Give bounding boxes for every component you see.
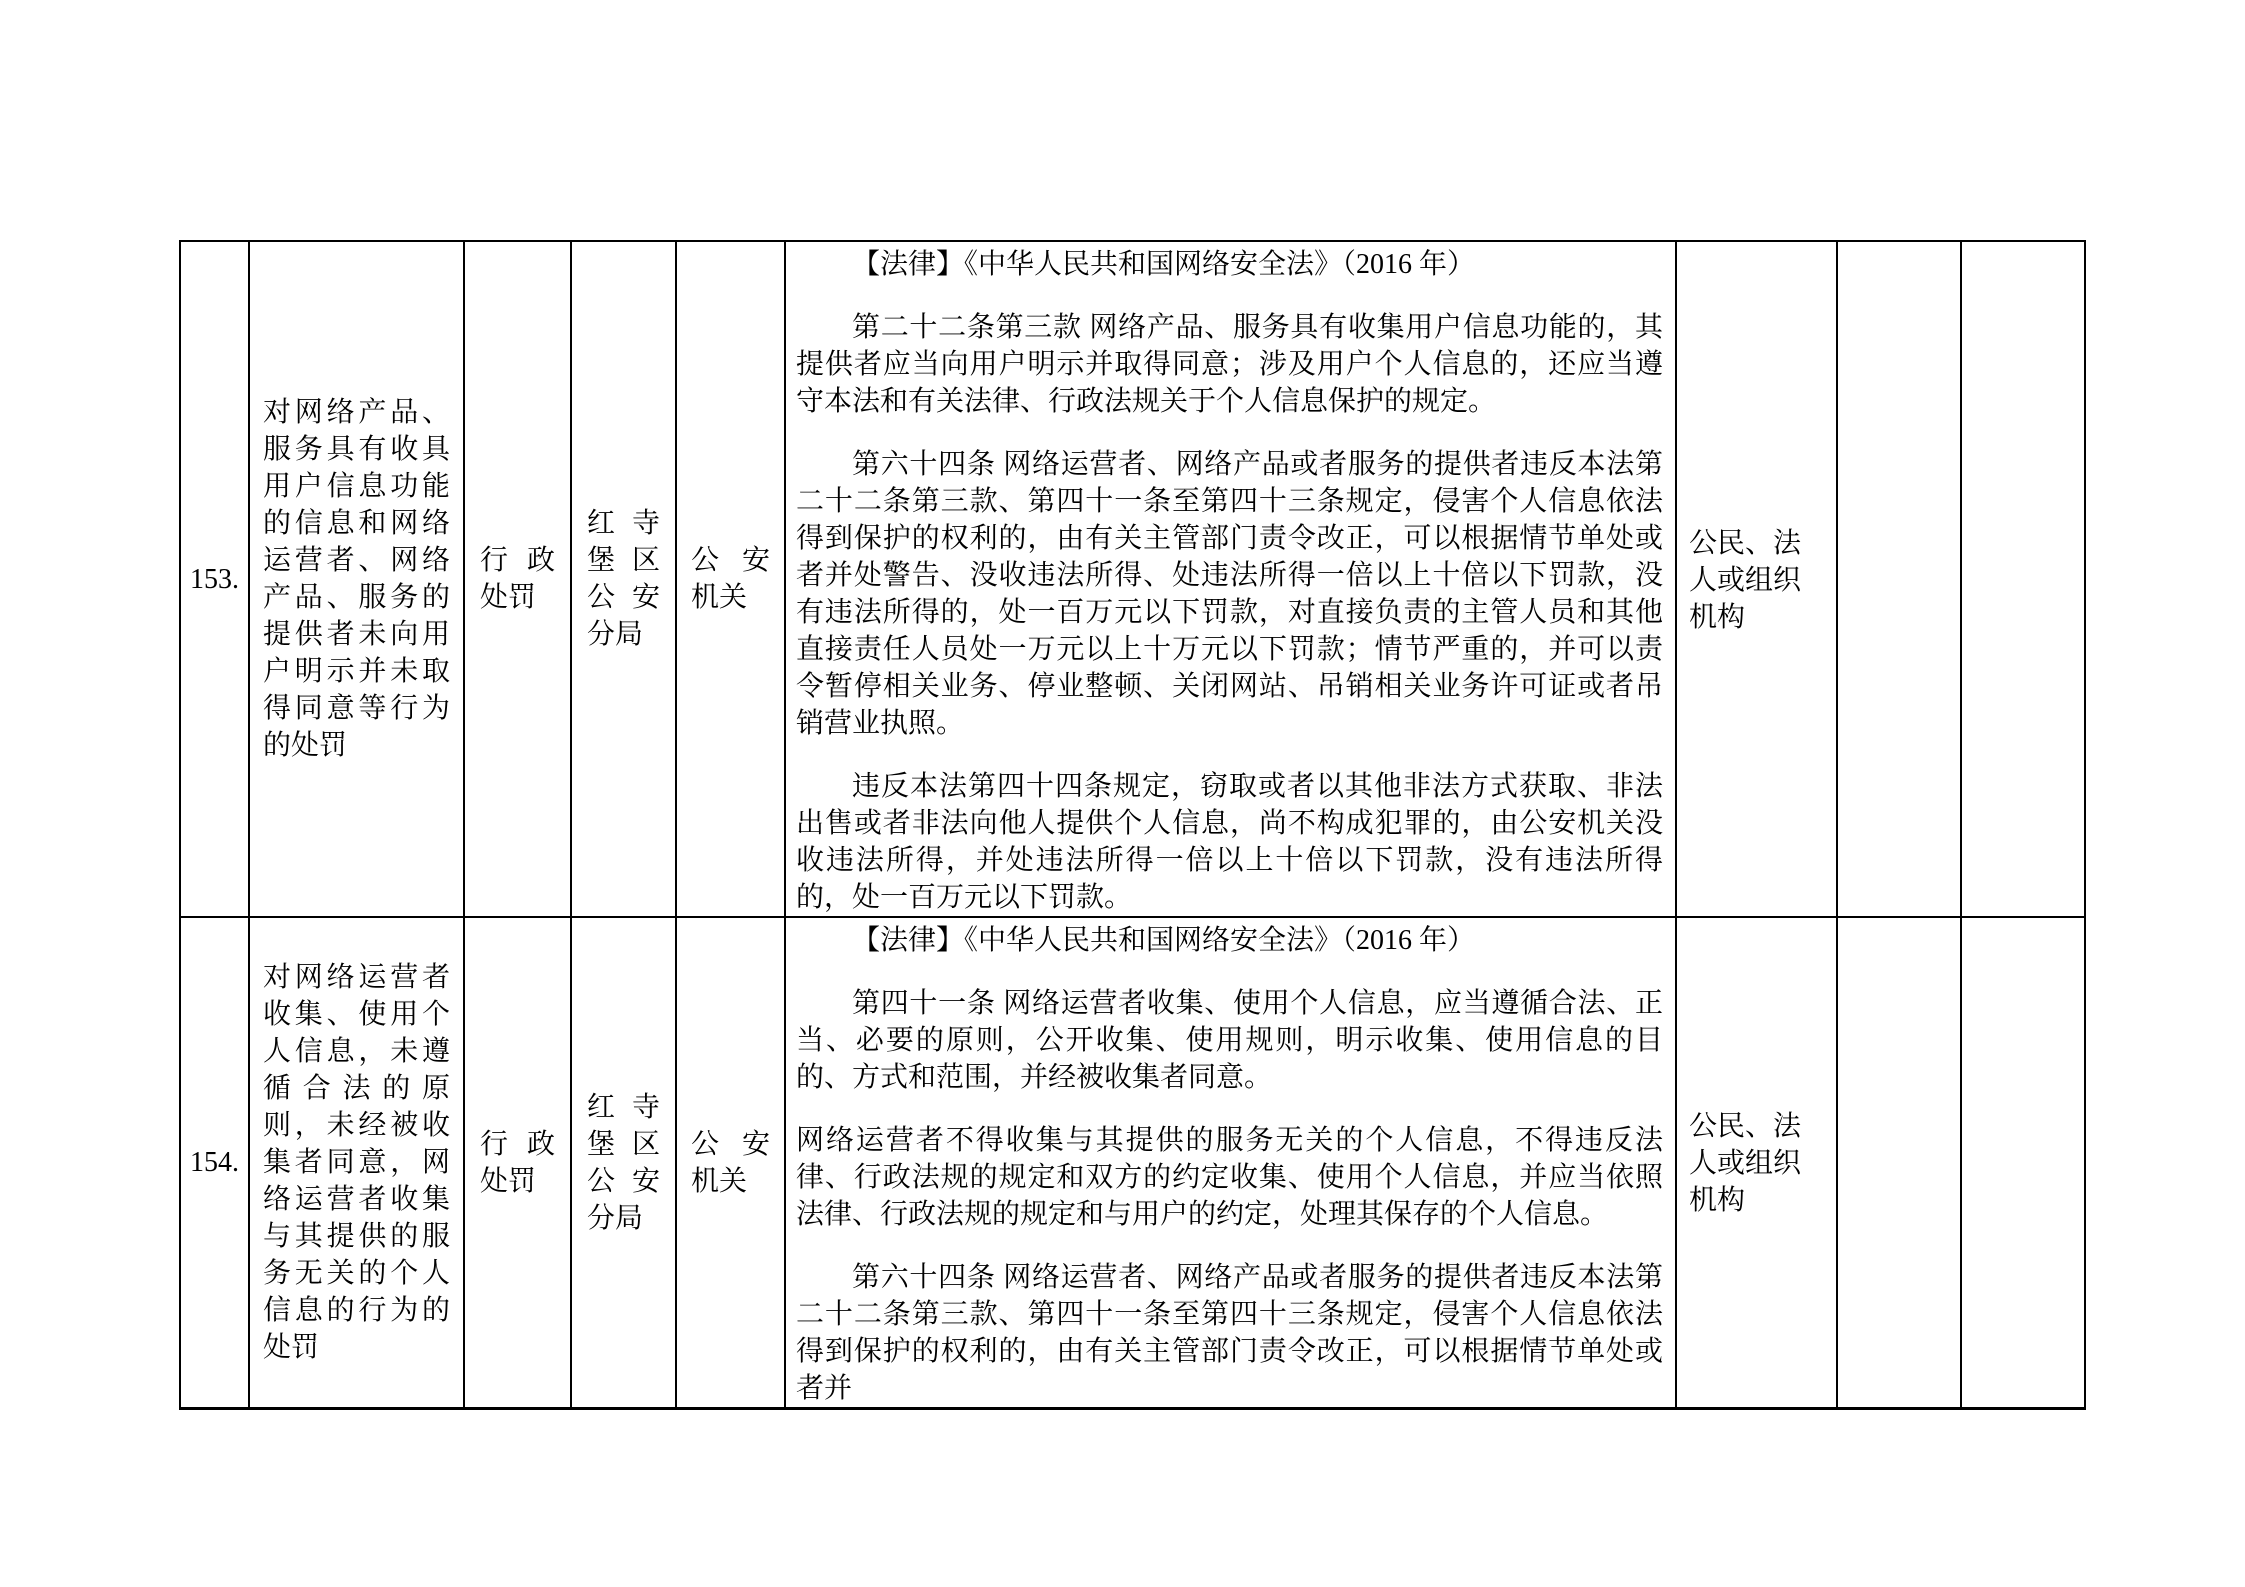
agency-type-cell: 公安机关 xyxy=(676,241,785,917)
legal-paragraph: 违反本法第四十四条规定，窃取或者以其他非法方式获取、非法出售或者非法向他人提供个… xyxy=(796,768,1663,916)
empty-cell xyxy=(1961,241,2085,917)
empty-cell xyxy=(1961,917,2085,1409)
penalty-item-cell: 对网络产品、服务具有收具用户信息功能的信息和网络运营者、网络产品、服务的提供者未… xyxy=(249,241,464,917)
table-row: 154. 对网络运营者收集、使用个人信息，未遵循合法的原则，未经被收集者同意，网… xyxy=(180,917,2085,1409)
legal-basis-cell: 【法律】《中华人民共和国网络安全法》（2016 年）第四十一条 网络运营者收集、… xyxy=(785,917,1676,1409)
penalty-type-cell: 行政处罚 xyxy=(464,241,571,917)
document-page: 153. 对网络产品、服务具有收具用户信息功能的信息和网络运营者、网络产品、服务… xyxy=(0,0,2245,1587)
penalty-items-table: 153. 对网络产品、服务具有收具用户信息功能的信息和网络运营者、网络产品、服务… xyxy=(179,240,2086,1410)
table-row: 153. 对网络产品、服务具有收具用户信息功能的信息和网络运营者、网络产品、服务… xyxy=(180,241,2085,917)
legal-paragraph: 第四十一条 网络运营者收集、使用个人信息，应当遵循合法、正当、必要的原则，公开收… xyxy=(796,985,1663,1096)
row-number-cell: 153. xyxy=(180,241,249,917)
penalty-type-cell: 行政处罚 xyxy=(464,917,571,1409)
penalty-target-cell: 公民、法人或组织机构 xyxy=(1676,241,1837,917)
empty-cell xyxy=(1837,917,1961,1409)
legal-paragraph: 第六十四条 网络运营者、网络产品或者服务的提供者违反本法第二十二条第三款、第四十… xyxy=(796,1259,1663,1407)
row-number-cell: 154. xyxy=(180,917,249,1409)
empty-cell xyxy=(1837,241,1961,917)
legal-paragraph: 【法律】《中华人民共和国网络安全法》（2016 年） xyxy=(796,922,1663,959)
legal-basis-cell: 【法律】《中华人民共和国网络安全法》（2016 年）第二十二条第三款 网络产品、… xyxy=(785,241,1676,917)
implementing-agency-cell: 红寺堡区公安分局 xyxy=(571,917,676,1409)
implementing-agency-cell: 红寺堡区公安分局 xyxy=(571,241,676,917)
legal-paragraph: 【法律】《中华人民共和国网络安全法》（2016 年） xyxy=(796,246,1663,283)
legal-paragraph: 第二十二条第三款 网络产品、服务具有收集用户信息功能的，其提供者应当向用户明示并… xyxy=(796,309,1663,420)
agency-type-cell: 公安机关 xyxy=(676,917,785,1409)
penalty-target-cell: 公民、法人或组织机构 xyxy=(1676,917,1837,1409)
legal-paragraph: 网络运营者不得收集与其提供的服务无关的个人信息，不得违反法律、行政法规的规定和双… xyxy=(796,1122,1663,1233)
penalty-item-cell: 对网络运营者收集、使用个人信息，未遵循合法的原则，未经被收集者同意，网络运营者收… xyxy=(249,917,464,1409)
legal-paragraph: 第六十四条 网络运营者、网络产品或者服务的提供者违反本法第二十二条第三款、第四十… xyxy=(796,446,1663,742)
